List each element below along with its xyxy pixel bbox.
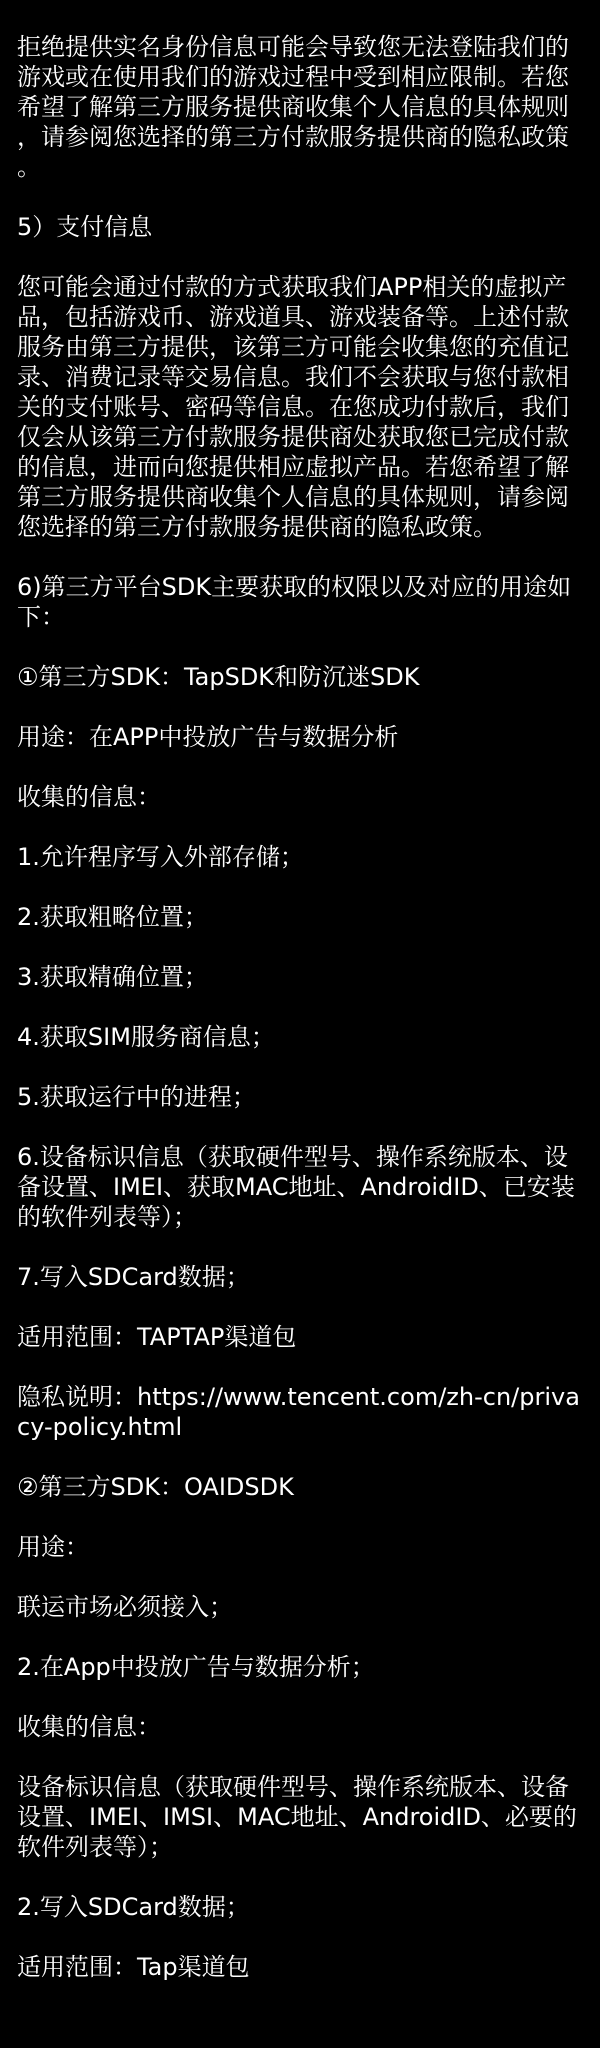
sdk2-title: ②第三方SDK：OAIDSDK [17, 1472, 583, 1502]
sdk2-purpose-item-1: 联运市场必须接入； [17, 1592, 583, 1622]
sdk1-purpose: 用途：在APP中投放广告与数据分析 [17, 722, 583, 752]
sdk2-purpose-label: 用途： [17, 1532, 583, 1562]
sdk1-collected-item-5: 5.获取运行中的进程； [17, 1082, 583, 1112]
sdk1-scope: 适用范围：TAPTAP渠道包 [17, 1322, 583, 1352]
sdk1-collected-item-1: 1.允许程序写入外部存储； [17, 842, 583, 872]
sdk1-collected-item-6: 6.设备标识信息（获取硬件型号、操作系统版本、设备设置、IMEI、获取MAC地址… [17, 1142, 583, 1232]
sdk2-purpose-item-2: 2.在App中投放广告与数据分析； [17, 1652, 583, 1682]
sdk2-collected-item-2: 2.写入SDCard数据； [17, 1892, 583, 1922]
sdk1-collected-info-label: 收集的信息： [17, 782, 583, 812]
heading-payment-info: 5）支付信息 [17, 212, 583, 242]
heading-third-party-sdk-permissions: 6)第三方平台SDK主要获取的权限以及对应的用途如下： [17, 572, 583, 632]
sdk1-collected-item-4: 4.获取SIM服务商信息； [17, 1022, 583, 1052]
document-body: 拒绝提供实名身份信息可能会导致您无法登陆我们的游戏或在使用我们的游戏过程中受到相… [17, 32, 583, 1982]
sdk1-privacy-url: 隐私说明：https://www.tencent.com/zh-cn/priva… [17, 1382, 583, 1442]
sdk1-collected-item-2: 2.获取粗略位置； [17, 902, 583, 932]
privacy-policy-document: 拒绝提供实名身份信息可能会导致您无法登陆我们的游戏或在使用我们的游戏过程中受到相… [0, 0, 600, 2048]
sdk1-title: ①第三方SDK：TapSDK和防沉迷SDK [17, 662, 583, 692]
payment-info-paragraph: 您可能会通过付款的方式获取我们APP相关的虚拟产品，包括游戏币、游戏道具、游戏装… [17, 272, 583, 542]
sdk2-collected-info-label: 收集的信息： [17, 1712, 583, 1742]
realname-restriction-paragraph: 拒绝提供实名身份信息可能会导致您无法登陆我们的游戏或在使用我们的游戏过程中受到相… [17, 32, 583, 182]
sdk2-collected-item-1: 设备标识信息（获取硬件型号、操作系统版本、设备设置、IMEI、IMSI、MAC地… [17, 1772, 583, 1862]
sdk2-scope: 适用范围：Tap渠道包 [17, 1952, 583, 1982]
sdk1-collected-item-7: 7.写入SDCard数据； [17, 1262, 583, 1292]
sdk1-collected-item-3: 3.获取精确位置； [17, 962, 583, 992]
